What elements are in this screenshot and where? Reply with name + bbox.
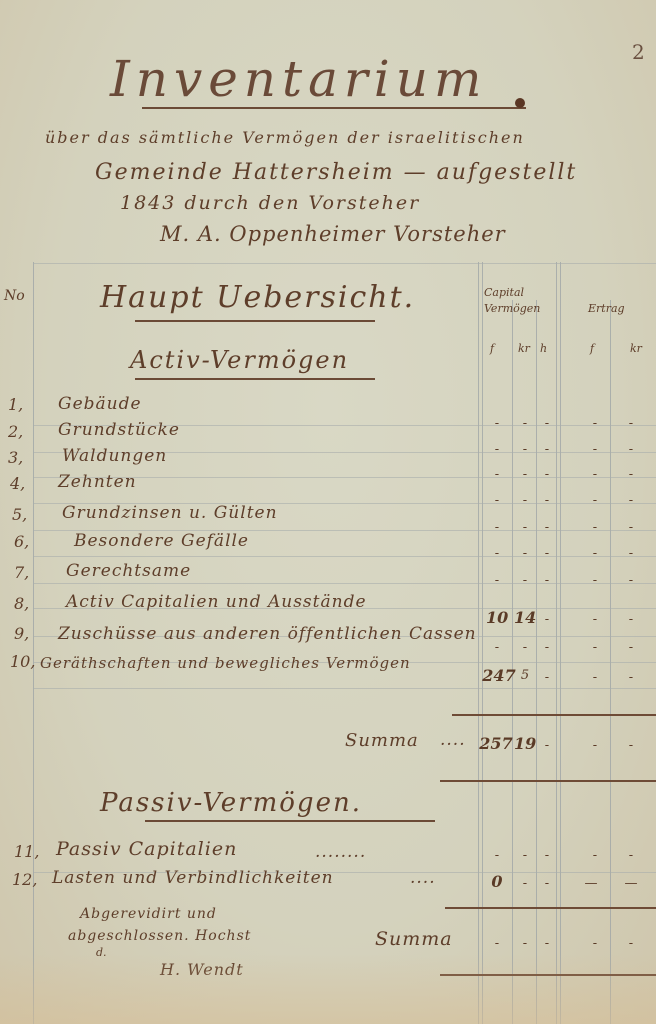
item-label: Lasten und Verbindlichkeiten <box>52 868 334 888</box>
capital-unit-h: h <box>540 342 547 355</box>
section-active-underline <box>135 378 375 380</box>
section-passive-heading: Passiv-Vermögen. <box>100 788 362 818</box>
header-signature: M. A. Oppenheimer Vorsteher <box>160 222 506 246</box>
capital-h: - <box>536 670 558 685</box>
item-dots: .... <box>410 868 436 888</box>
ertrag-kr: - <box>620 467 642 482</box>
capital-kr: 14 <box>514 608 536 627</box>
ertrag-f: - <box>584 640 606 655</box>
sum-label: Summa <box>345 730 419 751</box>
capital-f: - <box>486 640 508 655</box>
ertrag-kr: - <box>620 612 642 627</box>
column-line <box>560 262 561 1024</box>
ertrag-kr: - <box>620 416 642 431</box>
item-number: 8, <box>14 594 29 613</box>
header-line-1: über das sämtliche Vermögen der israelit… <box>45 128 525 147</box>
header-line-3: 1843 durch den Vorsteher <box>120 192 420 214</box>
ertrag-kr: — <box>620 876 642 891</box>
item-label: Besondere Gefälle <box>74 531 249 551</box>
item-label: Passiv Capitalien <box>56 838 237 860</box>
capital-h: - <box>536 416 558 431</box>
header-line-2: Gemeinde Hattersheim — aufgestellt <box>95 160 577 185</box>
sum-rule <box>452 714 656 716</box>
ertrag-f: - <box>584 467 606 482</box>
item-number: 7, <box>14 563 29 582</box>
item-number: 4, <box>10 474 25 493</box>
capital-f: - <box>486 573 508 588</box>
ertrag-f: - <box>584 612 606 627</box>
capital-kr: - <box>514 848 536 863</box>
section-main-heading: Haupt Uebersicht. <box>100 280 415 315</box>
row-line <box>33 556 656 557</box>
sum-capital-f: - <box>486 936 508 951</box>
item-label: Waldungen <box>62 446 167 466</box>
capital-kr: - <box>514 493 536 508</box>
capital-h: - <box>536 640 558 655</box>
capital-f: - <box>486 848 508 863</box>
item-label: Grundstücke <box>58 420 180 440</box>
item-dots: ........ <box>315 842 366 862</box>
capital-h: - <box>536 467 558 482</box>
capital-h: - <box>536 442 558 457</box>
sum-ertrag-f: - <box>584 738 606 753</box>
sum-capital-kr: - <box>514 936 536 951</box>
no-column-header: No <box>4 288 25 304</box>
title-underline <box>142 107 526 109</box>
capital-h: - <box>536 573 558 588</box>
column-line <box>478 262 479 1024</box>
ertrag-f: - <box>584 848 606 863</box>
capital-unit-kr: kr <box>518 342 530 355</box>
capital-f: 0 <box>486 872 508 891</box>
capital-f: - <box>486 493 508 508</box>
ertrag-kr: - <box>620 442 642 457</box>
sum-capital-f: 257 <box>478 734 514 753</box>
grid-top-line <box>33 263 656 264</box>
note-line-2: abgeschlossen. Hochst <box>68 928 251 944</box>
sum-capital-kr: 19 <box>514 734 536 753</box>
capital-f: 10 <box>486 608 508 627</box>
capital-kr: 5 <box>514 668 536 683</box>
capital-h: - <box>536 520 558 535</box>
capital-column-header: Capital Vermögen <box>484 285 554 317</box>
capital-kr: - <box>514 416 536 431</box>
note-line-1: Abgerevidirt und <box>80 906 217 922</box>
ertrag-unit-f: f <box>590 342 594 355</box>
item-number: 10, <box>10 652 35 671</box>
item-label: Gerechtsame <box>66 561 191 581</box>
ertrag-f: - <box>584 442 606 457</box>
row-line <box>33 688 656 689</box>
ertrag-f: - <box>584 416 606 431</box>
item-label: Grundzinsen u. Gülten <box>62 503 278 523</box>
sum-rule <box>440 974 656 976</box>
ertrag-unit-kr: kr <box>630 342 642 355</box>
ertrag-f: - <box>584 546 606 561</box>
capital-kr: - <box>514 876 536 891</box>
ledger-page: 2 Inventarium über das sämtliche Vermöge… <box>0 0 656 1024</box>
item-number: 6, <box>14 532 29 551</box>
item-label: Gebäude <box>58 394 142 414</box>
ertrag-kr: - <box>620 670 642 685</box>
sum-ertrag-kr: - <box>620 738 642 753</box>
capital-h: - <box>536 493 558 508</box>
sum-capital-h: - <box>536 936 558 951</box>
item-label: Activ Capitalien und Ausstände <box>66 592 367 612</box>
row-line <box>33 583 656 584</box>
item-number: 1, <box>8 395 23 414</box>
capital-kr: - <box>514 467 536 482</box>
sum-label: Summa <box>375 928 453 950</box>
item-label: Zuschüsse aus anderen öffentlichen Casse… <box>58 624 477 644</box>
item-number: 12, <box>12 870 37 889</box>
ertrag-f: - <box>584 493 606 508</box>
column-line <box>482 262 483 1024</box>
ink-blot <box>515 98 525 108</box>
sum-dots: .... <box>440 730 466 750</box>
margin-line <box>33 262 34 1024</box>
capital-h: - <box>536 546 558 561</box>
item-label: Geräthschaften und bewegliches Vermögen <box>40 654 411 672</box>
ertrag-kr: - <box>620 640 642 655</box>
section-main-underline <box>135 320 375 322</box>
ertrag-kr: - <box>620 573 642 588</box>
capital-kr: - <box>514 520 536 535</box>
page-number: 2 <box>632 40 645 64</box>
capital-f: - <box>486 467 508 482</box>
item-number: 9, <box>14 624 29 643</box>
note-line-3: d. <box>96 946 107 959</box>
capital-f: - <box>486 442 508 457</box>
section-active-heading: Activ-Vermögen <box>130 346 349 374</box>
item-number: 5, <box>12 505 27 524</box>
capital-kr: - <box>514 573 536 588</box>
ertrag-f: — <box>580 876 602 891</box>
capital-h: - <box>536 612 558 627</box>
capital-kr: - <box>514 640 536 655</box>
sum-capital-h: - <box>536 738 558 753</box>
item-label: Zehnten <box>58 472 137 492</box>
ertrag-f: - <box>584 670 606 685</box>
sum-ertrag-f: - <box>584 936 606 951</box>
capital-h: - <box>536 848 558 863</box>
ertrag-kr: - <box>620 493 642 508</box>
ertrag-kr: - <box>620 848 642 863</box>
sum-ertrag-kr: - <box>620 936 642 951</box>
sum-rule <box>440 780 656 782</box>
capital-f: - <box>486 546 508 561</box>
ertrag-f: - <box>584 520 606 535</box>
capital-kr: - <box>514 442 536 457</box>
ertrag-f: - <box>584 573 606 588</box>
document-title: Inventarium <box>110 50 487 108</box>
ertrag-column-header: Ertrag <box>588 302 625 315</box>
capital-kr: - <box>514 546 536 561</box>
note-signature: H. Wendt <box>160 960 244 979</box>
capital-f: - <box>486 520 508 535</box>
section-passive-underline <box>145 820 435 822</box>
item-number: 11, <box>14 842 39 861</box>
ertrag-kr: - <box>620 546 642 561</box>
item-number: 3, <box>8 448 23 467</box>
capital-h: - <box>536 876 558 891</box>
ertrag-kr: - <box>620 520 642 535</box>
sum-rule <box>445 907 656 909</box>
capital-unit-f: f <box>490 342 494 355</box>
capital-f: 247 <box>482 666 516 685</box>
capital-f: - <box>486 416 508 431</box>
item-number: 2, <box>8 422 23 441</box>
